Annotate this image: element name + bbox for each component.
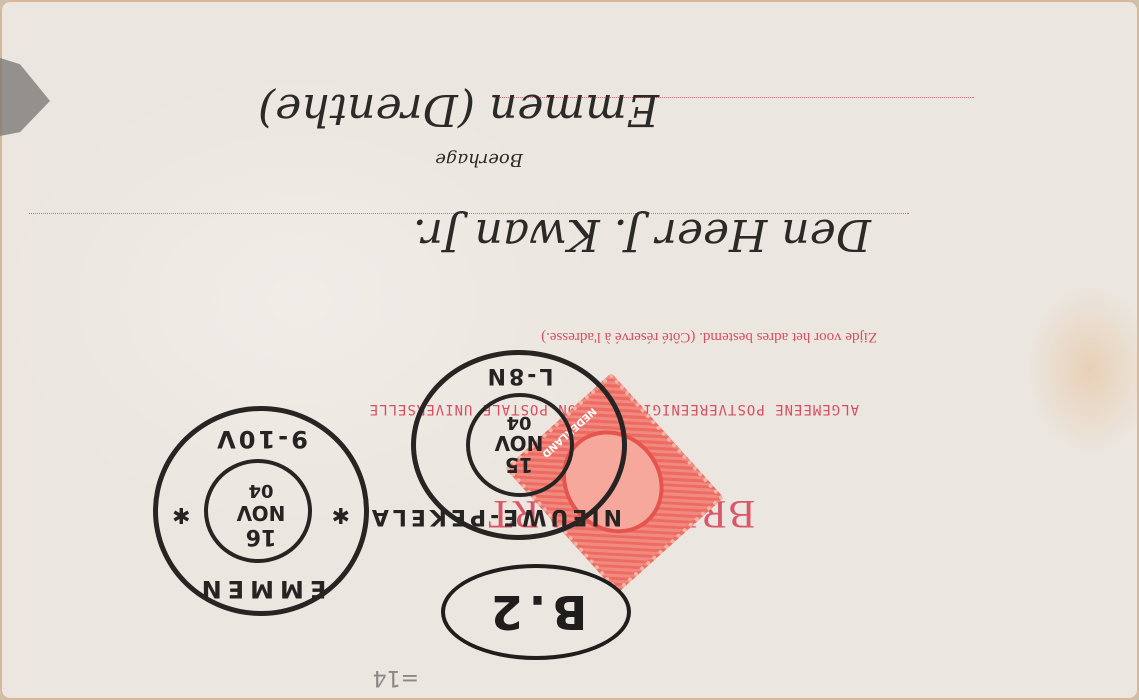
- postmark-month: NOV: [416, 431, 622, 455]
- pencil-note: =14: [373, 665, 419, 690]
- postmark-time: L-8N: [416, 363, 622, 388]
- postcard-back: BRIEFKAART ALGEMEENE POSTVEREENIGING. UN…: [0, 0, 1139, 700]
- postmark-year: 04: [416, 412, 622, 433]
- cross-mark-icon: ✱: [332, 502, 350, 527]
- address-name: Den Heer J. Kwan Jr.: [413, 209, 871, 260]
- postmark-town: NIEUWE-PEKELA: [416, 504, 622, 529]
- postmark-departure: NIEUWE-PEKELA L-8N 15 NOV 04: [411, 350, 627, 540]
- address-town: Emmen (Drenthe): [258, 84, 659, 135]
- postmark-time: 9-10V: [158, 425, 364, 453]
- postmark-year: 04: [158, 480, 364, 501]
- cross-mark-icon: ✱: [172, 502, 190, 527]
- address-locality: Boerhage: [435, 149, 523, 170]
- rotated-postcard-content: BRIEFKAART ALGEMEENE POSTVEREENIGING. UN…: [0, 0, 1139, 700]
- postmark-day: 16: [158, 524, 364, 549]
- postmark-town: EMMEN: [158, 575, 364, 603]
- address-side-line: Zijde voor het adres bestemd. (Côté rése…: [541, 328, 877, 345]
- postmark-day: 15: [416, 453, 622, 477]
- oval-handstamp: B.2: [441, 564, 631, 660]
- postmark-arrival: EMMEN 9-10V 16 NOV 04 ✱ ✱: [153, 406, 369, 616]
